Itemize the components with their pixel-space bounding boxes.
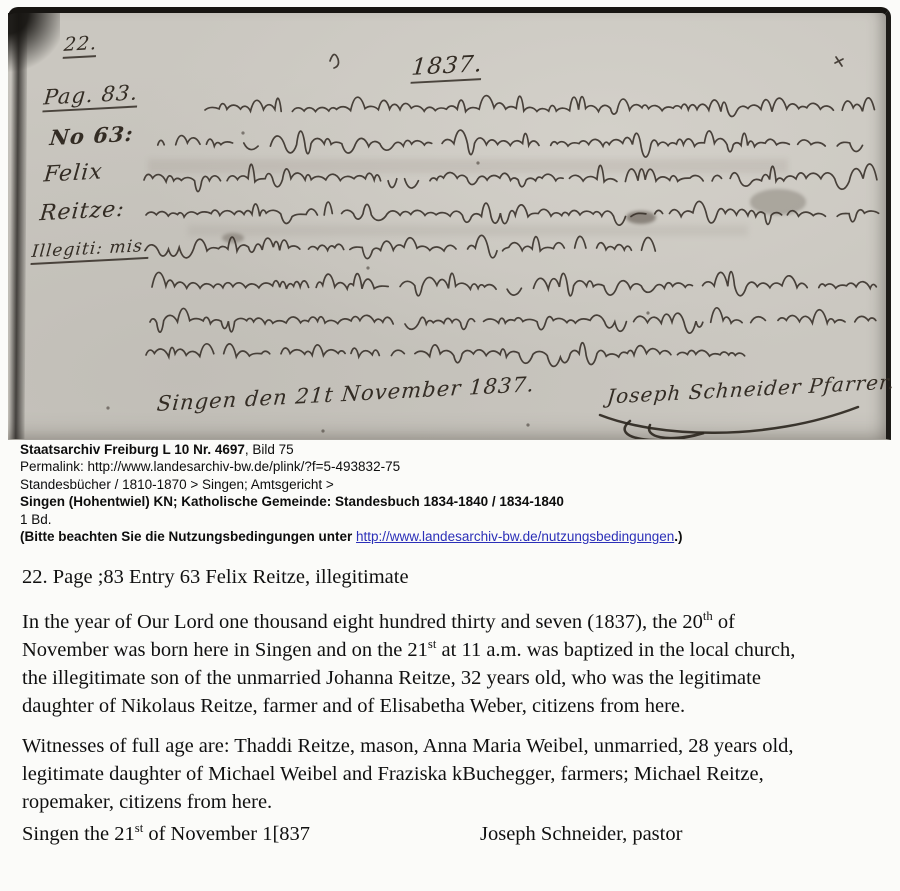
text-line: daughter of Nikolaus Reitze, farmer and … bbox=[22, 692, 795, 720]
text-line: the illegitimate son of the unmarried Jo… bbox=[22, 664, 795, 692]
citation-block: Staatsarchiv Freiburg L 10 Nr. 4697, Bil… bbox=[20, 441, 682, 545]
margin-page-number: 22. bbox=[63, 32, 98, 56]
register-title-line: Singen (Hohentwiel) KN; Katholische Geme… bbox=[20, 493, 682, 510]
document-page: { "colors": { "paper": "#cac7c0", "ink":… bbox=[0, 0, 900, 891]
register-path-line: Standesbücher / 1810-1870 > Singen; Amts… bbox=[20, 476, 682, 493]
terms-line: (Bitte beachten Sie die Nutzungsbedingun… bbox=[20, 528, 682, 545]
translation-signature: Joseph Schneider, pastor bbox=[480, 823, 682, 846]
paragraph-birth-record: In the year of Our Lord one thousand eig… bbox=[22, 608, 795, 720]
text-line: Singen the 21st of November 1[837 bbox=[22, 823, 310, 846]
archive-reference: Staatsarchiv Freiburg L 10 Nr. 4697, Bil… bbox=[20, 441, 682, 458]
scan-photo: 22. Pag. 83. No 63: Felix Reitze: Illegi… bbox=[8, 7, 891, 440]
text-line: legitimate daughter of Michael Weibel an… bbox=[22, 760, 794, 788]
paragraph-witnesses: Witnesses of full age are: Thaddi Reitze… bbox=[22, 732, 794, 816]
margin-name-last: Reitze: bbox=[39, 197, 126, 226]
margin-entry-ref: No 63: bbox=[49, 121, 135, 150]
translation-heading: 22. Page ;83 Entry 63 Felix Reitze, ille… bbox=[22, 566, 409, 589]
translation-date-line: Singen the 21st of November 1[837 bbox=[22, 823, 310, 846]
text-line: November was born here in Singen and on … bbox=[22, 636, 795, 664]
margin-name-first: Felix bbox=[43, 159, 104, 187]
text-line: ropemaker, citizens from here. bbox=[22, 788, 794, 816]
text-line: Witnesses of full age are: Thaddi Reitze… bbox=[22, 732, 794, 760]
volume-line: 1 Bd. bbox=[20, 511, 682, 528]
terms-link[interactable]: http://www.landesarchiv-bw.de/nutzungsbe… bbox=[356, 529, 674, 544]
text-line: In the year of Our Lord one thousand eig… bbox=[22, 608, 795, 636]
permalink-line: Permalink: http://www.landesarchiv-bw.de… bbox=[20, 458, 682, 475]
